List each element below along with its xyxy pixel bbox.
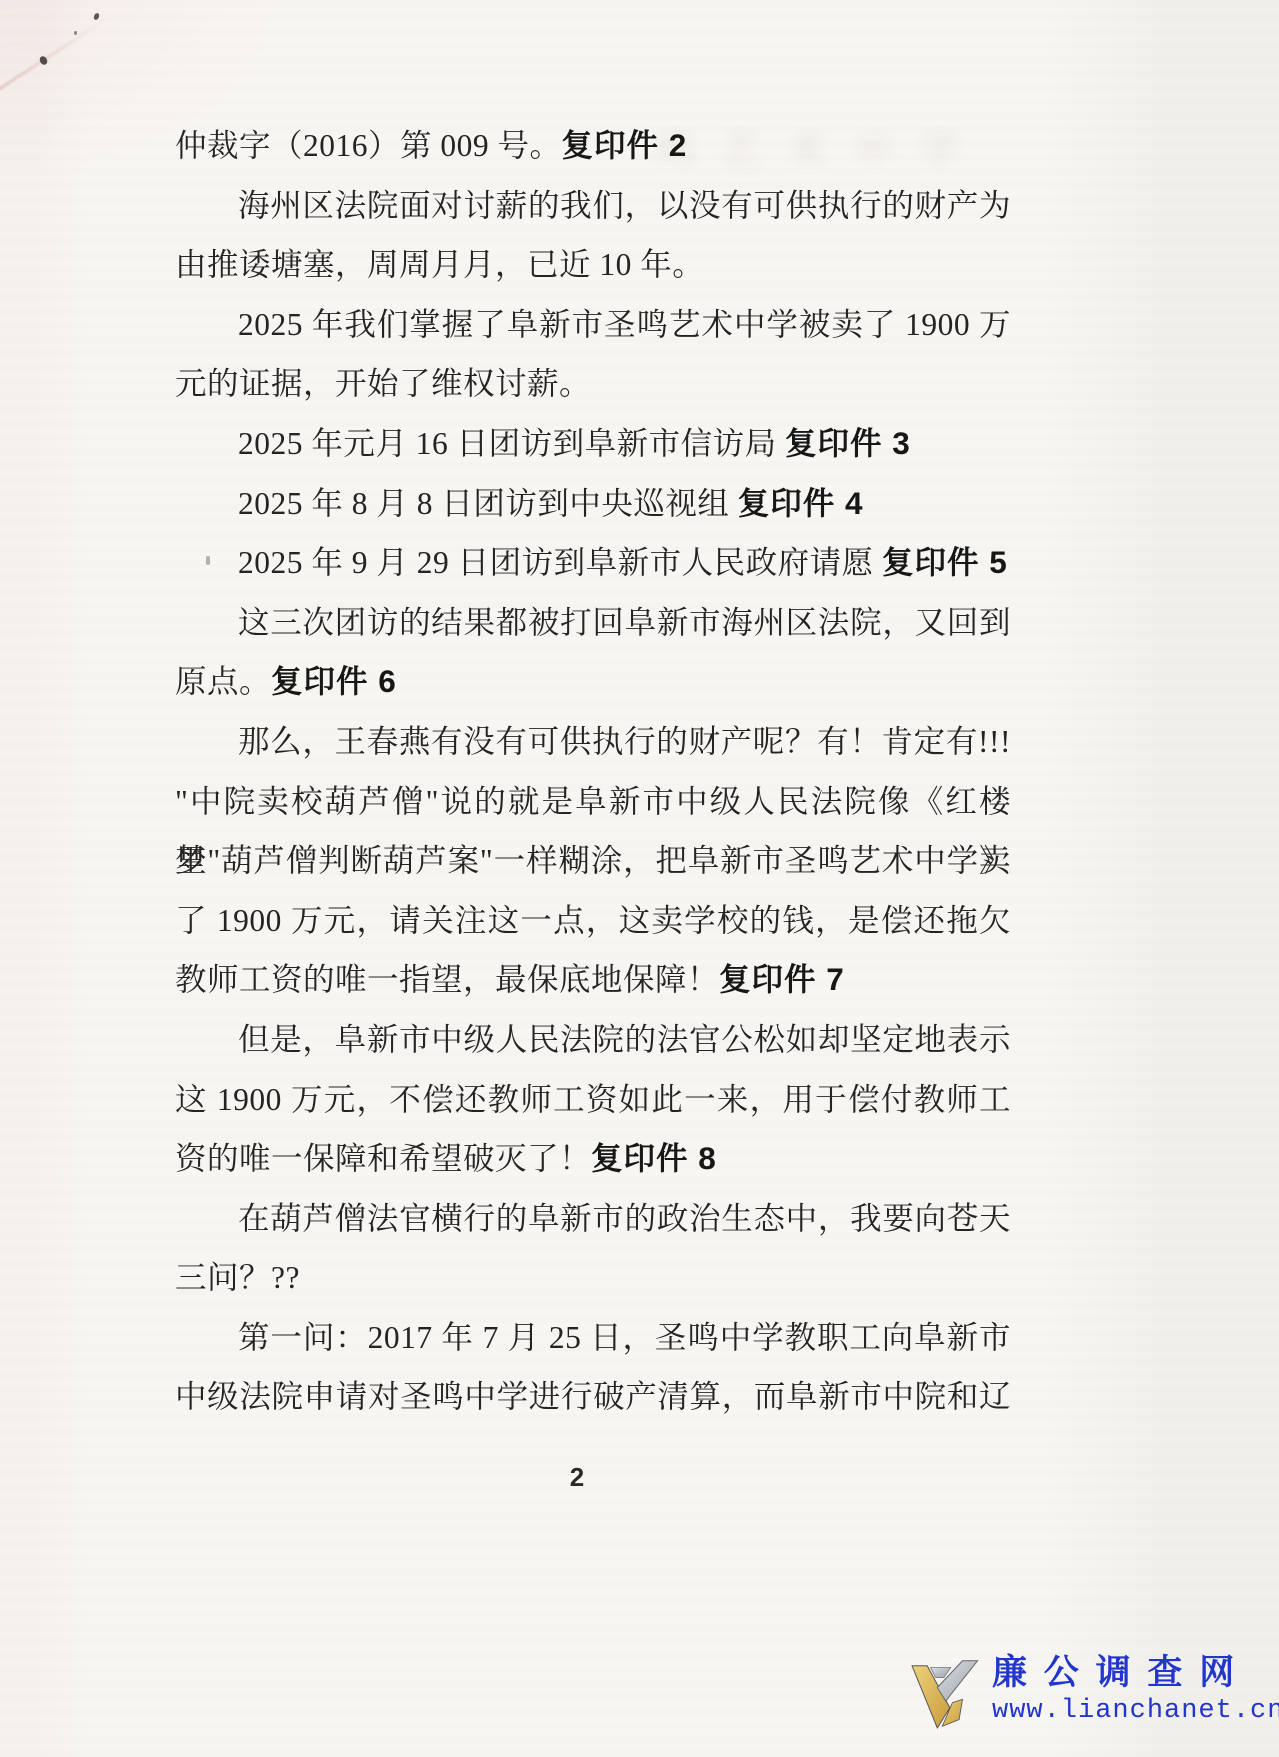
text-line: 在葫芦僧法官横行的阜新市的政治生态中，我要向苍天 [175, 1189, 1011, 1249]
text-line: 那么，王春燕有没有可供执行的财产呢？有！肯定有!!! [175, 712, 1011, 772]
text-line: 中级法院申请对圣鸣中学进行破产清算，而阜新市中院和辽 [175, 1367, 1011, 1427]
text-segment: 但是，阜新市中级人民法院的法官公松如却坚定地表示 [238, 1022, 1011, 1057]
text-segment: 中级法院申请对圣鸣中学进行破产清算，而阜新市中院和辽 [175, 1379, 1011, 1414]
text-segment: 里"葫芦僧判断葫芦案"一样糊涂，把阜新市圣鸣艺术中学卖 [175, 843, 1011, 878]
text-line: 由推诿塘塞，周周月月，已近 10 年。 [175, 235, 1011, 295]
text-line: 教师工资的唯一指望，最保底地保障！复印件 7 [175, 950, 1011, 1010]
text-segment: 2025 年 9 月 29 日团访到阜新市人民政府请愿 [238, 545, 882, 580]
text-line: 资的唯一保障和希望破灭了！复印件 8 [175, 1129, 1011, 1189]
text-segment: 在葫芦僧法官横行的阜新市的政治生态中，我要向苍天 [238, 1201, 1011, 1236]
page-number: 2 [159, 1462, 995, 1493]
text-line: 2025 年 8 月 8 日团访到中央巡视组 复印件 4 [175, 474, 1011, 534]
copy-attachment-label: 复印件 6 [271, 663, 397, 699]
text-line: 2025 年我们掌握了阜新市圣鸣艺术中学被卖了 1900 万 [175, 295, 1011, 355]
text-line: 里"葫芦僧判断葫芦案"一样糊涂，把阜新市圣鸣艺术中学卖 [175, 831, 1011, 891]
copy-attachment-label: 复印件 2 [562, 127, 688, 163]
text-segment: 海州区法院面对讨薪的我们，以没有可供执行的财产为 [238, 188, 1011, 223]
text-line: 元的证据，开始了维权讨薪。 [175, 354, 1011, 414]
text-segment: 由推诿塘塞，周周月月，已近 10 年。 [175, 247, 704, 282]
text-segment: 这三次团访的结果都被打回阜新市海州区法院，又回到 [238, 605, 1011, 640]
text-segment: 资的唯一保障和希望破灭了！ [175, 1141, 591, 1176]
copy-attachment-label: 复印件 4 [738, 485, 864, 521]
text-line: 2025 年 9 月 29 日团访到阜新市人民政府请愿 复印件 5 [175, 533, 1011, 593]
text-line: 2025 年元月 16 日团访到阜新市信访局 复印件 3 [175, 414, 1011, 474]
text-segment: 原点。 [175, 664, 271, 699]
copy-attachment-label: 复印件 7 [719, 961, 845, 997]
text-segment: 这 1900 万元，不偿还教师工资如此一来，用于偿付教师工 [175, 1082, 1011, 1117]
text-line: 这三次团访的结果都被打回阜新市海州区法院，又回到 [175, 593, 1011, 653]
text-line: 这 1900 万元，不偿还教师工资如此一来，用于偿付教师工 [175, 1070, 1011, 1130]
text-line: 第一问：2017 年 7 月 25 日，圣鸣中学教职工向阜新市 [175, 1308, 1011, 1368]
copy-attachment-label: 复印件 3 [785, 425, 911, 461]
copy-attachment-label: 复印件 5 [882, 544, 1008, 580]
copy-attachment-label: 复印件 8 [591, 1140, 717, 1176]
text-line: 仲裁字（2016）第 009 号。复印件 2 [175, 116, 1011, 176]
scan-speck [74, 31, 77, 35]
text-line: 原点。复印件 6 [175, 652, 1011, 712]
text-segment: 仲裁字（2016）第 009 号。 [175, 128, 562, 163]
text-line: 但是，阜新市中级人民法院的法官公松如却坚定地表示 [175, 1010, 1011, 1070]
text-segment: 元的证据，开始了维权讨薪。 [175, 366, 591, 401]
text-segment: 2025 年元月 16 日团访到阜新市信访局 [238, 426, 785, 461]
text-segment: 2025 年我们掌握了阜新市圣鸣艺术中学被卖了 1900 万 [238, 307, 1011, 342]
text-line: "中院卖校葫芦僧"说的就是阜新市中级人民法院像《红楼梦》 [175, 772, 1011, 832]
text-segment: 三问？?? [175, 1260, 300, 1295]
text-segment: 那么，王春燕有没有可供执行的财产呢？有！肯定有!!! [238, 724, 1011, 759]
text-segment: 教师工资的唯一指望，最保底地保障！ [175, 962, 719, 997]
text-segment: 了 1900 万元，请关注这一点，这卖学校的钱，是偿还拖欠 [175, 903, 1011, 938]
text-line: 了 1900 万元，请关注这一点，这卖学校的钱，是偿还拖欠 [175, 891, 1011, 951]
document-text: 仲裁字（2016）第 009 号。复印件 2海州区法院面对讨薪的我们，以没有可供… [175, 116, 1011, 1427]
text-line: 海州区法院面对讨薪的我们，以没有可供执行的财产为 [175, 176, 1011, 236]
text-segment: 2025 年 8 月 8 日团访到中央巡视组 [238, 486, 738, 521]
text-line: 三问？?? [175, 1248, 1011, 1308]
text-segment: 第一问：2017 年 7 月 25 日，圣鸣中学教职工向阜新市 [238, 1320, 1011, 1355]
